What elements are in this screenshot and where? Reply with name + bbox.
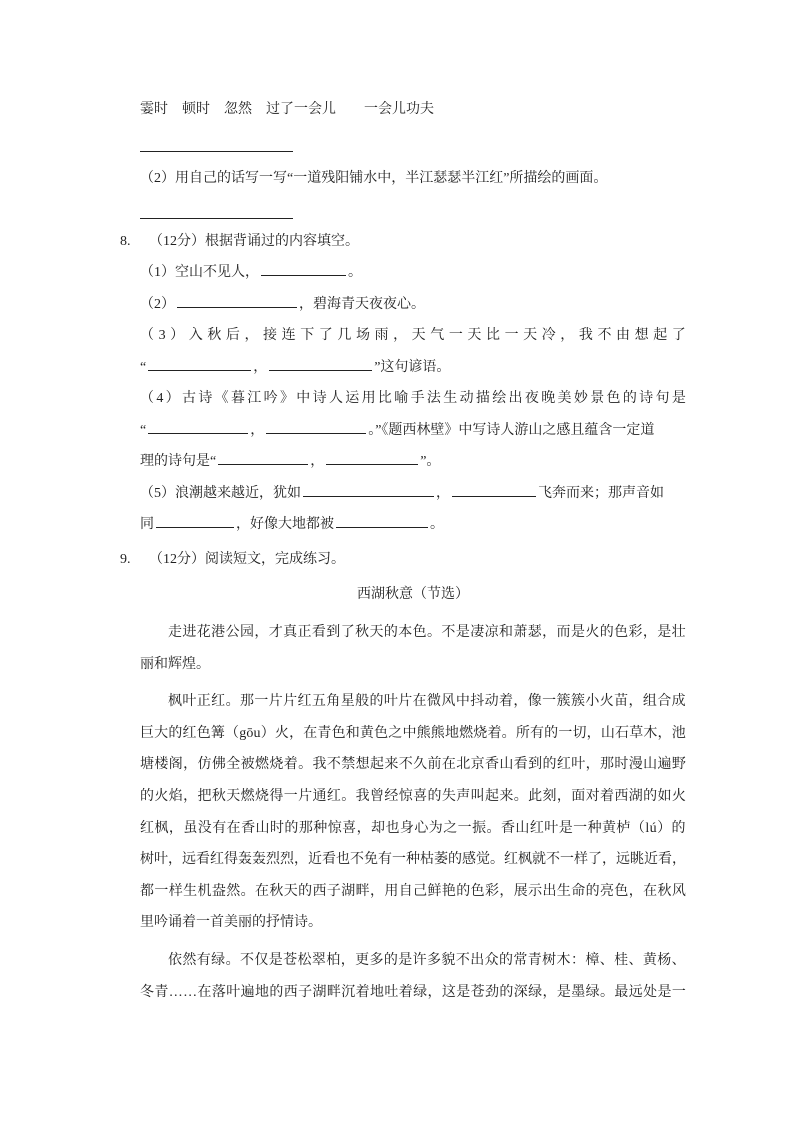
open-quote: “: [140, 423, 146, 438]
word-bank: 霎时 顿时 忽然 过了一会儿 一会儿功夫: [140, 95, 686, 125]
item-8-5-pre2: 同: [140, 517, 154, 532]
question-8-title: （12分）根据背诵过的内容填空。: [149, 234, 359, 249]
answer-blank: [452, 481, 536, 497]
item-8-4-pre: 理的诗句是“: [140, 454, 216, 469]
exam-page: 霎时 顿时 忽然 过了一会儿 一会儿功夫 （2）用自己的话写一写“一道残阳铺水中…: [0, 0, 793, 1122]
passage-paragraph-3: 依然有绿。不仅是苍松翠柏，更多的是许多貌不出众的常青树木：樟、桂、黄杨、 冬青……: [140, 945, 686, 1008]
item-8-4-tail: ”。: [420, 454, 440, 469]
passage-title: 西湖秋意（节选）: [140, 579, 686, 611]
question-9-title: （12分）阅读短文，完成练习。: [149, 552, 345, 567]
open-quote: “: [140, 360, 146, 375]
item-8-3-line2: “，”这句谚语。: [140, 352, 686, 384]
answer-blank: [148, 418, 248, 434]
reading-passage: 西湖秋意（节选） 走进花港公园，才真正看到了秋天的本色。不是凄凉和萧瑟，而是火的…: [140, 579, 686, 1009]
answer-blank: [148, 355, 251, 371]
answer-blank: [326, 449, 418, 465]
passage-line: 巨大的红色篝（gōu）火，在青色和黄色之中熊熊地燃烧着。所有的一切，山石草木，池: [140, 718, 686, 750]
item-8-2-label: （2）: [140, 297, 175, 312]
item-8-4-mid: 。”《题西林壁》中写诗人游山之感且蕴含一定道: [368, 423, 654, 438]
passage-line: 树叶，远看红得轰轰烈烈，近看也不免有一种枯萎的感觉。红枫就不一样了，远眺近看，: [140, 844, 686, 876]
item-8-1: （1）空山不见人，。: [140, 257, 686, 289]
question-9-header: 9.（12分）阅读短文，完成练习。: [120, 545, 686, 575]
item-8-2-text: ，碧海青天夜夜心。: [299, 297, 425, 312]
passage-line: 枫叶正红。那一片片红五角星般的叶片在微风中抖动着，像一簇簇小火苗，组合成: [140, 686, 686, 718]
item-8-3-tail: ”这句谚语。: [374, 360, 450, 375]
passage-line: 依然有绿。不仅是苍松翠柏，更多的是许多貌不出众的常青树木：樟、桂、黄杨、: [140, 945, 686, 977]
comma: ，: [310, 454, 324, 469]
question-8-header: 8.（12分）根据背诵过的内容填空。: [120, 227, 686, 257]
answer-blank: [218, 449, 308, 465]
passage-line: 丽和辉煌。: [140, 649, 686, 681]
item-8-5-mid: ，好像大地都被: [236, 517, 334, 532]
item-8-5-tail: 飞奔而来；那声音如: [538, 486, 664, 501]
item-8-5-period: 。: [430, 517, 444, 532]
item-8-1-text: （1）空山不见人，: [140, 265, 259, 280]
passage-line: 冬青……在落叶遍地的西子湖畔沉着地吐着绿，这是苍劲的深绿，是墨绿。最远处是一: [140, 977, 686, 1009]
passage-line: 走进花港公园，才真正看到了秋天的本色。不是凄凉和萧瑟，而是火的色彩，是壮: [140, 617, 686, 649]
item-8-5-line2: 同，好像大地都被。: [140, 509, 686, 541]
passage-line: 红枫，虽没有在香山时的那种惊喜，却也身心为之一振。香山红叶是一种黄栌（lú）的: [140, 813, 686, 845]
question-7-2-prompt: （2）用自己的话写一写“一道残阳铺水中，半江瑟瑟半江红”所描绘的画面。: [140, 164, 686, 194]
answer-blank: [269, 355, 372, 371]
answer-blank: [156, 512, 234, 528]
item-8-4-line3: 理的诗句是“，”。: [140, 446, 686, 478]
item-8-4-line1: （4）古诗《暮江吟》中诗人运用比喻手法生动描绘出夜晚美妙景色的诗句是: [140, 383, 686, 415]
question-8-number: 8.: [120, 227, 149, 257]
answer-underline: [140, 125, 293, 152]
question-9-number: 9.: [120, 545, 149, 575]
item-8-4-line2: “，。”《题西林壁》中写诗人游山之感且蕴含一定道: [140, 415, 686, 447]
comma: ，: [250, 423, 264, 438]
question-8-items: （1）空山不见人，。 （2），碧海青天夜夜心。 （3）入秋后，接连下了几场雨，天…: [140, 257, 686, 541]
passage-line: 里吟诵着一首美丽的抒情诗。: [140, 907, 686, 939]
answer-blank: [177, 292, 297, 308]
answer-blank: [261, 260, 346, 276]
comma: ，: [253, 360, 267, 375]
item-8-5-line1: （5）浪潮越来越近，犹如，飞奔而来；那声音如: [140, 478, 686, 510]
answer-blank: [303, 481, 434, 497]
item-8-1-period: 。: [348, 265, 362, 280]
item-8-3-line1: （3）入秋后，接连下了几场雨，天气一天比一天冷，我不由想起了: [140, 320, 686, 352]
passage-line: 都一样生机盎然。在秋天的西子湖畔，用自己鲜艳的色彩，展示出生命的亮色，在秋风: [140, 876, 686, 908]
item-8-5-pre: （5）浪潮越来越近，犹如: [140, 486, 301, 501]
passage-paragraph-2: 枫叶正红。那一片片红五角星般的叶片在微风中抖动着，像一簇簇小火苗，组合成 巨大的…: [140, 686, 686, 939]
passage-line: 塘楼阁，仿佛全被燃烧着。我不禁想起来不久前在北京香山看到的红叶，那时漫山遍野: [140, 749, 686, 781]
item-8-2: （2），碧海青天夜夜心。: [140, 289, 686, 321]
page-content: 霎时 顿时 忽然 过了一会儿 一会儿功夫 （2）用自己的话写一写“一道残阳铺水中…: [0, 0, 793, 1008]
answer-blank: [266, 418, 366, 434]
comma: ，: [436, 486, 450, 501]
answer-underline: [140, 194, 293, 219]
passage-line: 的火焰，把秋天燃烧得一片通红。我曾经惊喜的失声叫起来。此刻，面对着西湖的如火: [140, 781, 686, 813]
passage-paragraph-1: 走进花港公园，才真正看到了秋天的本色。不是凄凉和萧瑟，而是火的色彩，是壮 丽和辉…: [140, 617, 686, 680]
answer-blank: [336, 512, 428, 528]
